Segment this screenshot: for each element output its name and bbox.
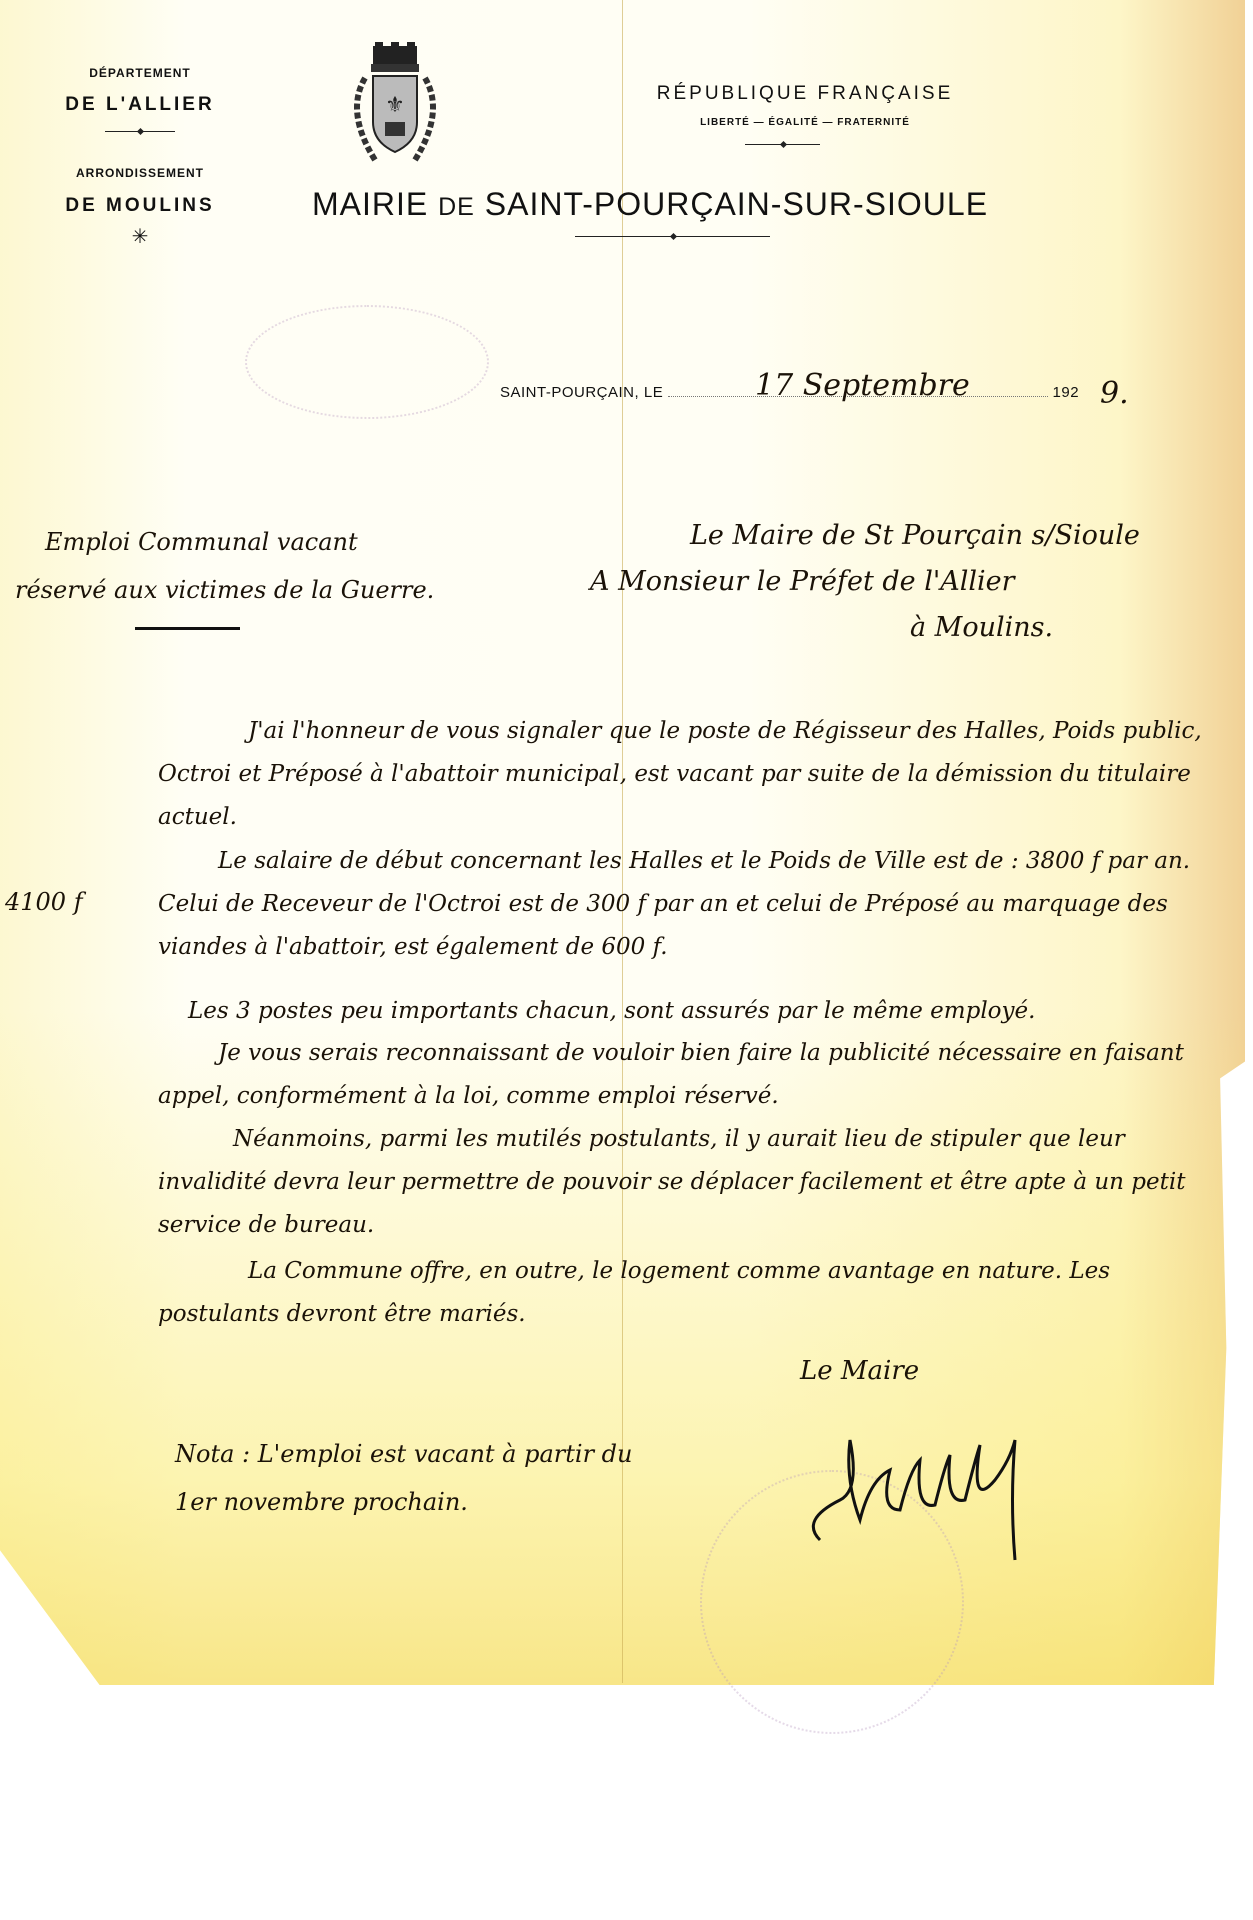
mairie-title: MAIRIE DE SAINT-POURÇAIN-SUR-SIOULE <box>312 186 988 223</box>
title-town: SAINT-POURÇAIN-SUR-SIOULE <box>485 186 988 222</box>
title-ornament <box>575 236 770 237</box>
republic-label: RÉPUBLIQUE FRANÇAISE <box>610 83 1000 105</box>
body-paragraph-2: Le salaire de début concernant les Halle… <box>158 840 1238 969</box>
svg-text:⚜: ⚜ <box>385 92 405 117</box>
subject-line-1: Emploi Communal vacant <box>45 528 358 556</box>
header-ornament-left-1 <box>105 131 175 132</box>
faded-stamp-top <box>245 305 489 419</box>
department-label: DÉPARTEMENT <box>55 66 225 80</box>
recipient-location: à Moulins. <box>910 612 1053 643</box>
arrondissement-name: DE MOULINS <box>30 195 250 217</box>
sender-line: Le Maire de St Pourçain s/Sioule <box>690 520 1140 551</box>
body-paragraph-4: Je vous serais reconnaissant de vouloir … <box>158 1032 1238 1118</box>
closing-le-maire: Le Maire <box>800 1356 919 1386</box>
department-name: DE L'ALLIER <box>30 94 250 116</box>
date-year-suffix: 9. <box>1100 376 1129 411</box>
recipient-line: A Monsieur le Préfet de l'Allier <box>590 566 1015 597</box>
body-paragraph-3: Les 3 postes peu importants chacun, sont… <box>158 990 1238 1033</box>
title-prefix: MAIRIE <box>312 186 428 222</box>
asterisk-ornament-icon: ✳ <box>105 224 175 249</box>
nota-line-2: 1er novembre prochain. <box>175 1488 468 1516</box>
subject-line-2: réservé aux victimes de la Guerre. <box>15 576 434 604</box>
header-ornament-right <box>745 144 820 145</box>
coat-of-arms-icon: ⚜ <box>335 42 455 172</box>
nota-line-1: Nota : L'emploi est vacant à partir du <box>175 1440 633 1468</box>
date-day-month: 17 Septembre <box>755 368 970 403</box>
title-de: DE <box>438 193 475 221</box>
arrondissement-label: ARRONDISSEMENT <box>45 166 235 180</box>
dateline-place: SAINT-POURÇAIN, LE <box>500 384 663 401</box>
body-paragraph-6: La Commune offre, en outre, le logement … <box>158 1250 1238 1336</box>
margin-note-amount: 4100 f <box>5 888 83 916</box>
body-paragraph-5: Néanmoins, parmi les mutilés postulants,… <box>158 1118 1238 1247</box>
subject-underline <box>135 627 240 630</box>
body-paragraph-1: J'ai l'honneur de vous signaler que le p… <box>158 710 1238 839</box>
signature-icon <box>800 1420 1030 1570</box>
republic-motto: LIBERTÉ — ÉGALITÉ — FRATERNITÉ <box>640 117 970 128</box>
dateline-year-prefix: 192 <box>1053 384 1080 401</box>
